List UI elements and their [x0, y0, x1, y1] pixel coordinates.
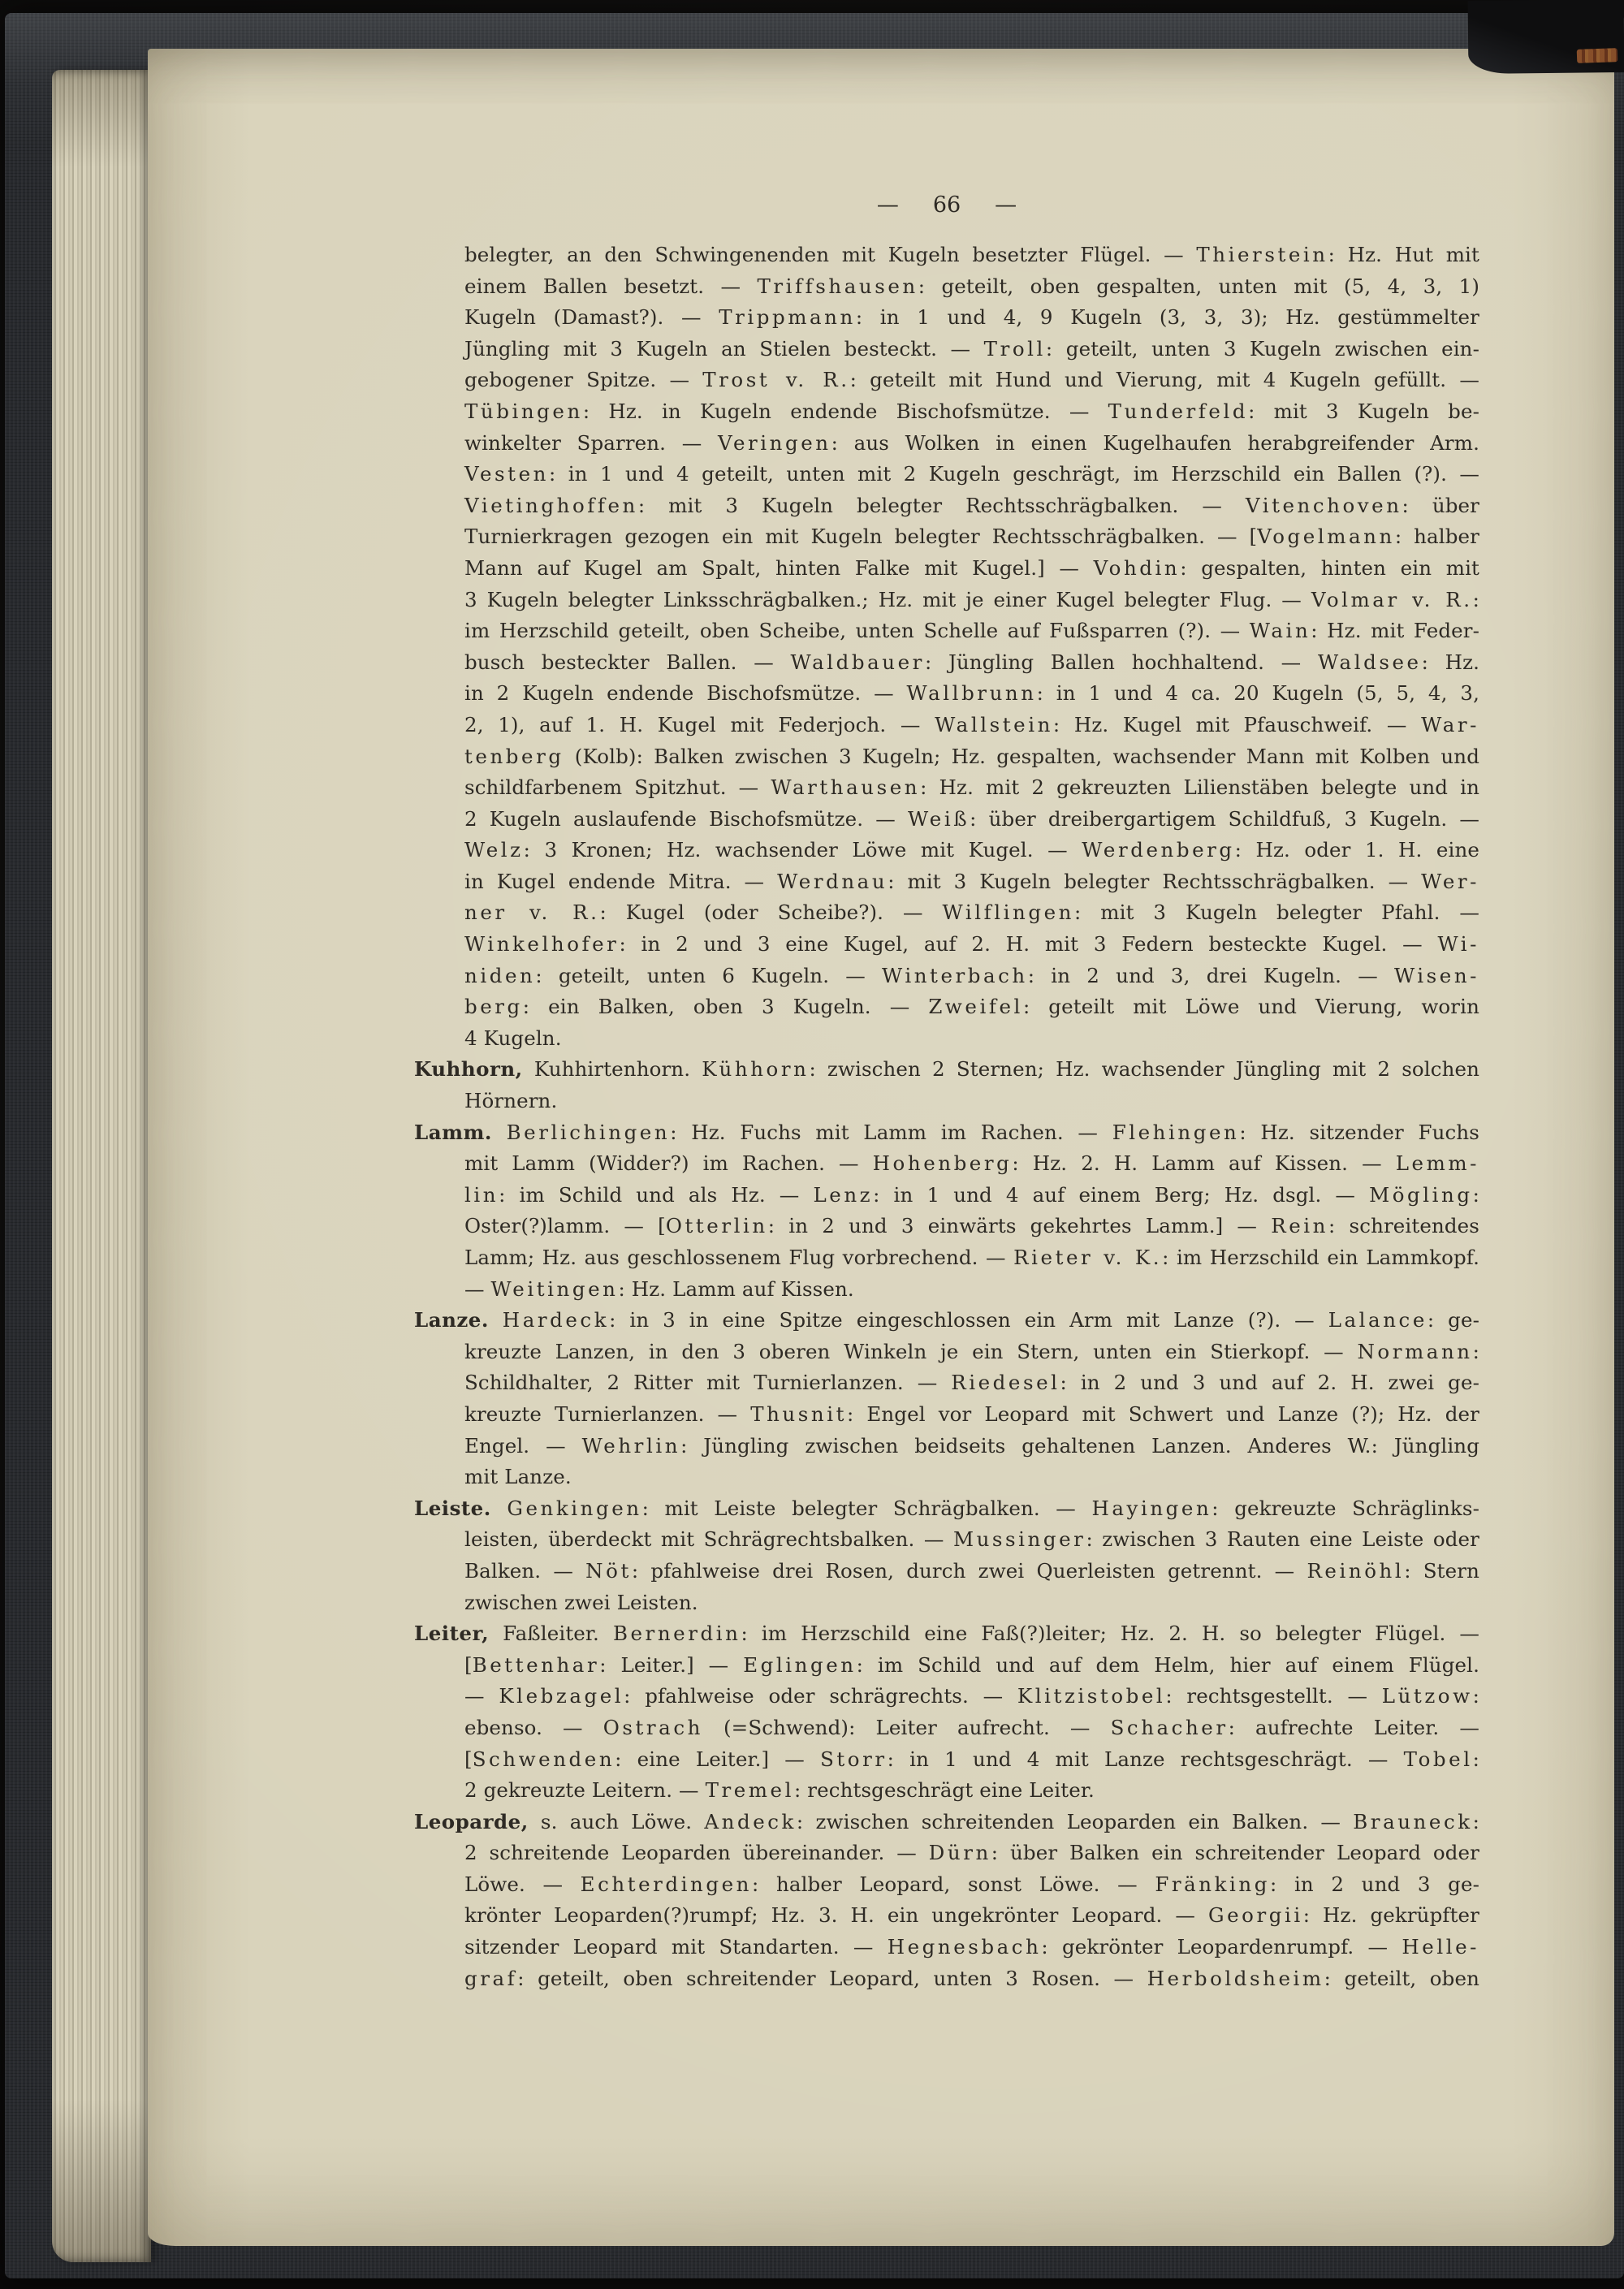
family-name: Winkelhofer [464, 932, 619, 956]
family-name: Tunderfeld [1108, 399, 1248, 423]
text-run: busch besteckter Ballen. — [464, 650, 791, 674]
text-run: : [1473, 1684, 1479, 1708]
text-run: : im Schild und als Hz. — [499, 1183, 813, 1207]
family-name: Wi- [1437, 932, 1479, 956]
text-run: : halber [1395, 525, 1479, 548]
page-header: — 66 — [414, 188, 1479, 221]
text-line: 3 Kugeln belegter Linksschrägbalken.; Hz… [414, 585, 1479, 616]
text-run: : im Herzschild ein Lammkopf. [1162, 1246, 1479, 1269]
text-run: Balken. — [464, 1559, 585, 1583]
entry-start-line: Leiste. Genkingen: mit Leiste belegter S… [414, 1493, 1479, 1525]
family-name: Waldsee [1318, 650, 1422, 674]
family-name: Nöt [585, 1559, 632, 1583]
family-name: Zweifel [928, 995, 1023, 1018]
text-line: Vesten: in 1 und 4 geteilt, unten mit 2 … [414, 459, 1479, 490]
text-line: einem Ballen besetzt. — Triffshausen: ge… [414, 271, 1479, 303]
family-name: Normann [1357, 1340, 1472, 1363]
book-page: — 66 — belegter, an den Schwingenenden m… [148, 49, 1614, 2246]
family-name: Thusnit [750, 1402, 847, 1426]
text-run [489, 1308, 503, 1332]
family-name: tenberg [464, 745, 564, 768]
family-name: Reinöhl [1307, 1559, 1404, 1583]
text-run: — [464, 1277, 491, 1301]
text-run: [ [464, 1747, 473, 1771]
text-run: : in 1 und 4 ca. 20 Kugeln (5, 5, 4, 3, [1037, 681, 1479, 705]
family-name: Wallstein [935, 713, 1053, 736]
text-line: belegter, an den Schwingenenden mit Kuge… [414, 240, 1479, 271]
text-run: Kugeln (Damast?). — [464, 305, 719, 329]
text-line: Vietinghoffen: mit 3 Kugeln belegter Rec… [414, 490, 1479, 522]
text-run: 3 Kugeln belegter Linksschrägbalken.; Hz… [464, 588, 1311, 611]
family-name: Triffshausen [757, 274, 918, 298]
text-line: tenberg (Kolb): Balken zwischen 3 Kugeln… [414, 741, 1479, 773]
text-run: : [1473, 1747, 1479, 1771]
text-run: : geteilt, oben gespalten, unten mit (5,… [918, 274, 1479, 298]
text-run: Hörnern. [464, 1089, 557, 1112]
text-run: : Jüngling zwischen beidseits gehaltenen… [680, 1434, 1479, 1458]
text-run: : [1473, 1810, 1479, 1833]
text-run: mit Lanze. [464, 1465, 572, 1488]
text-run: Jüngling mit 3 Kugeln an Stielen besteck… [464, 337, 984, 361]
text-run: Kuhhirtenhorn. [523, 1057, 702, 1081]
family-name: Dürn [929, 1841, 991, 1864]
text-run: zwischen zwei Leisten. [464, 1591, 698, 1614]
text-run: 2 Kugeln auslaufende Bischofsmütze. — [464, 807, 908, 831]
entry-headword: Leiste. [414, 1496, 491, 1520]
text-line: ebenso. — Ostrach (=Schwend): Leiter auf… [414, 1712, 1479, 1744]
text-run: gebogener Spitze. — [464, 368, 702, 391]
family-name: Vogelmann [1257, 525, 1395, 548]
family-name: Wallbrunn [907, 681, 1037, 705]
text-run: : rechtsgeschrägt eine Leiter. [794, 1778, 1095, 1802]
text-line: 4 Kugeln. [414, 1023, 1479, 1055]
family-name: Werdenberg [1082, 838, 1234, 862]
text-run: (Kolb): Balken zwischen 3 Kugeln; Hz. ge… [564, 745, 1479, 768]
text-line: [Bettenhar: Leiter.] — Eglingen: im Schi… [414, 1650, 1479, 1682]
family-name: Wehrlin [582, 1434, 681, 1458]
text-run: : halber Leopard, sonst Löwe. — [752, 1872, 1155, 1896]
family-name: Welz [464, 838, 524, 862]
text-line: leisten, überdeckt mit Schrägrechtsbalke… [414, 1524, 1479, 1556]
family-name: Wisen- [1394, 964, 1479, 987]
text-line: Kugeln (Damast?). — Trippmann: in 1 und … [414, 302, 1479, 334]
text-run: : mit 3 Kugeln belegter Pfahl. — [1074, 900, 1479, 924]
family-name: Tübingen [464, 399, 583, 423]
family-name: Brauneck [1353, 1810, 1472, 1833]
binding-thread-fleck [1577, 48, 1618, 63]
entry-headword: Leoparde, [414, 1810, 529, 1833]
family-name: Weitingen [491, 1277, 619, 1301]
text-run: : pfahlweise oder schrägrechts. — [624, 1684, 1017, 1708]
text-run: belegter, an den Schwingenenden mit Kuge… [464, 243, 1196, 266]
text-run: Faßleiter. [489, 1622, 613, 1645]
family-name: Rieter v. K. [1013, 1246, 1162, 1269]
family-name: Klitzistobel [1017, 1684, 1165, 1708]
text-run: : [1473, 1340, 1479, 1363]
text-line: Lamm; Hz. aus geschlossenem Flug vorbrec… [414, 1242, 1479, 1274]
text-line: niden: geteilt, unten 6 Kugeln. — Winter… [414, 961, 1479, 992]
text-run: : [1473, 588, 1479, 611]
text-line: krönter Leoparden(?)rumpf; Hz. 3. H. ein… [414, 1900, 1479, 1932]
text-run: : Hz. Fuchs mit Lamm im Rachen. — [670, 1121, 1112, 1144]
text-line: Oster(?)lamm. — [Otterlin: in 2 und 3 ei… [414, 1211, 1479, 1242]
family-name: Riedesel [951, 1371, 1060, 1394]
text-line: 2 Kugeln auslaufende Bischofsmütze. — We… [414, 804, 1479, 836]
text-run: : Hz. mit Feder- [1311, 619, 1479, 642]
text-run: : in 1 und 4 geteilt, unten mit 2 Kugeln… [549, 462, 1479, 486]
entry-start-line: Lamm. Berlichingen: Hz. Fuchs mit Lamm i… [414, 1117, 1479, 1149]
family-name: Eglingen [743, 1653, 856, 1677]
text-line: Turnierkragen gezogen ein mit Kugeln bel… [414, 521, 1479, 553]
text-run: : 3 Kronen; Hz. wachsender Löwe mit Kuge… [524, 838, 1082, 862]
entry-headword: Lanze. [414, 1308, 489, 1332]
text-run: kreuzte Lanzen, in den 3 oberen Winkeln … [464, 1340, 1357, 1363]
text-run: 2 schreitende Leoparden übereinander. — [464, 1841, 929, 1864]
header-left-dash: — [877, 192, 899, 218]
text-run: krönter Leoparden(?)rumpf; Hz. 3. H. ein… [464, 1903, 1208, 1927]
text-line: 2 schreitende Leoparden übereinander. — … [414, 1838, 1479, 1869]
family-name: Volmar v. R. [1311, 588, 1473, 611]
text-run: : geteilt, unten 3 Kugeln zwischen ein- [1046, 337, 1479, 361]
page-number: 66 [933, 192, 961, 218]
text-run: 2, 1), auf 1. H. Kugel mit Federjoch. — [464, 713, 935, 736]
text-line: Mann auf Kugel am Spalt, hinten Falke mi… [414, 553, 1479, 585]
text-run: : eine Leiter.] — [615, 1747, 820, 1771]
family-name: Veringen [718, 431, 831, 455]
text-run: 4 Kugeln. [464, 1026, 562, 1050]
text-run: Schildhalter, 2 Ritter mit Turnierlanzen… [464, 1371, 951, 1394]
text-run: : Hz. Kugel mit Pfauschweif. — [1053, 713, 1421, 736]
text-line: Balken. — Nöt: pfahlweise drei Rosen, du… [414, 1556, 1479, 1587]
text-run: Mann auf Kugel am Spalt, hinten Falke mi… [464, 556, 1094, 580]
text-run: : über dreibergartigem Schildfuß, 3 Kuge… [970, 807, 1479, 831]
text-line: in 2 Kugeln endende Bischofsmütze. — Wal… [414, 678, 1479, 710]
text-run: : Hz. sitzender Fuchs [1239, 1121, 1479, 1144]
family-name: ner v. R. [464, 900, 600, 924]
text-run: — [464, 1684, 499, 1708]
text-line: lin: im Schild und als Hz. — Lenz: in 1 … [414, 1180, 1479, 1211]
text-run: einem Ballen besetzt. — [464, 274, 757, 298]
text-run: : ein Balken, oben 3 Kugeln. — [523, 995, 929, 1018]
family-name: War- [1421, 713, 1479, 736]
family-name: Trippmann [719, 305, 856, 329]
text-block: belegter, an den Schwingenenden mit Kuge… [414, 240, 1479, 1994]
text-line: Jüngling mit 3 Kugeln an Stielen besteck… [414, 334, 1479, 365]
family-name: Thierstein [1196, 243, 1328, 266]
family-name: Andeck [704, 1810, 797, 1833]
text-line: [Schwenden: eine Leiter.] — Storr: in 1 … [414, 1744, 1479, 1776]
text-run: : geteilt mit Löwe und Vierung, worin [1023, 995, 1479, 1018]
text-run: : Kugel (oder Scheibe?). — [600, 900, 943, 924]
entry-headword: Leiter, [414, 1622, 489, 1645]
text-line: winkelter Sparren. — Veringen: aus Wolke… [414, 428, 1479, 460]
text-run: Lamm; Hz. aus geschlossenem Flug vorbrec… [464, 1246, 1013, 1269]
text-run: : in 2 und 3 einwärts gekehrtes Lamm.] — [768, 1214, 1272, 1237]
family-name: Ostrach [603, 1716, 703, 1739]
text-line: graf: geteilt, oben schreitender Leopard… [414, 1963, 1479, 1995]
text-run: : geteilt, oben schreitender Leopard, un… [517, 1967, 1147, 1990]
text-line: Engel. — Wehrlin: Jüngling zwischen beid… [414, 1431, 1479, 1462]
family-name: Vesten [464, 462, 549, 486]
family-name: Hayingen [1091, 1496, 1212, 1520]
text-run: : in 1 und 4, 9 Kugeln (3, 3, 3); Hz. ge… [856, 305, 1479, 329]
family-name: Mögling [1369, 1183, 1473, 1207]
family-name: Otterlin [666, 1214, 768, 1237]
family-name: Vohdin [1094, 556, 1181, 580]
family-name: Hardeck [503, 1308, 609, 1332]
text-line: Hörnern. [414, 1086, 1479, 1117]
text-run: : rechtsgestellt. — [1165, 1684, 1381, 1708]
text-run: : in 2 und 3 ge- [1270, 1872, 1479, 1896]
entry-start-line: Leiter, Faßleiter. Bernerdin: im Herzsch… [414, 1618, 1479, 1650]
text-run: : Hz. 2. H. Lamm auf Kissen. — [1012, 1151, 1395, 1175]
text-run: : aus Wolken in einen Kugelhaufen herabg… [831, 431, 1479, 455]
family-name: Genkingen [507, 1496, 641, 1520]
text-run: [ [464, 1653, 473, 1677]
text-run: 2 gekreuzte Leitern. — [464, 1778, 706, 1802]
text-run: in 2 Kugeln endende Bischofsmütze. — [464, 681, 907, 705]
family-name: Klebzagel [499, 1684, 624, 1708]
entry-start-line: Leoparde, s. auch Löwe. Andeck: zwischen… [414, 1807, 1479, 1838]
text-run: : mit 3 Kugeln belegter Rechtsschrägbalk… [888, 870, 1421, 893]
text-line: kreuzte Lanzen, in den 3 oberen Winkeln … [414, 1337, 1479, 1368]
family-name: graf [464, 1967, 517, 1990]
text-line: Tübingen: Hz. in Kugeln endende Bischofs… [414, 396, 1479, 428]
text-line: busch besteckter Ballen. — Waldbauer: Jü… [414, 647, 1479, 679]
family-name: Helle- [1402, 1935, 1479, 1959]
text-run: leisten, überdeckt mit Schrägrechtsbalke… [464, 1527, 953, 1551]
family-name: Hegnesbach [888, 1935, 1042, 1959]
text-line: ner v. R.: Kugel (oder Scheibe?). — Wilf… [414, 897, 1479, 929]
text-line: Winkelhofer: in 2 und 3 eine Kugel, auf … [414, 929, 1479, 961]
text-run: : über Balken ein schreitender Leopard o… [991, 1841, 1479, 1864]
family-name: Lalance [1328, 1308, 1427, 1332]
entry-start-line: Kuhhorn, Kuhhirtenhorn. Kühhorn: zwische… [414, 1054, 1479, 1086]
family-name: Hohenberg [873, 1151, 1013, 1175]
family-name: Lenz [813, 1183, 873, 1207]
family-name: Trost v. R. [702, 368, 849, 391]
family-name: Vitenchoven [1246, 494, 1402, 517]
text-line: zwischen zwei Leisten. [414, 1587, 1479, 1619]
family-name: Troll [984, 337, 1046, 361]
text-run: : pfahlweise drei Rosen, durch zwei Quer… [632, 1559, 1307, 1583]
text-line: berg: ein Balken, oben 3 Kugeln. — Zweif… [414, 991, 1479, 1023]
text-run: : mit Leiste belegter Schrägbalken. — [642, 1496, 1092, 1520]
text-line: 2 gekreuzte Leitern. — Tremel: rechtsges… [414, 1775, 1479, 1807]
family-name: Fränking [1155, 1872, 1270, 1896]
text-run: : Engel vor Leopard mit Schwert und Lanz… [847, 1402, 1479, 1426]
text-run: : schreitendes [1328, 1214, 1479, 1237]
text-run: : Hz. in Kugeln endende Bischofsmütze. — [583, 399, 1108, 423]
text-run: : [1473, 1183, 1479, 1207]
text-run: : Hz. Lamm auf Kissen. [618, 1277, 853, 1301]
text-line: gebogener Spitze. — Trost v. R.: geteilt… [414, 365, 1479, 396]
family-name: Warthausen [771, 775, 920, 799]
family-name: Tobel [1404, 1747, 1473, 1771]
text-run: : Hz. Hut mit [1328, 243, 1479, 266]
text-run: im Herzschild geteilt, oben Scheibe, unt… [464, 619, 1250, 642]
family-name: Berlichingen [507, 1121, 671, 1144]
text-run: winkelter Sparren. — [464, 431, 718, 455]
text-run: : gespalten, hinten ein mit [1180, 556, 1479, 580]
text-run: : mit 3 Kugeln be- [1248, 399, 1479, 423]
entry-start-line: Lanze. Hardeck: in 3 in eine Spitze eing… [414, 1305, 1479, 1337]
text-run: s. auch Löwe. [529, 1810, 705, 1833]
text-run: : Stern [1404, 1559, 1479, 1583]
family-name: Werdnau [777, 870, 888, 893]
family-name: Herboldsheim [1147, 1967, 1324, 1990]
entry-headword: Kuhhorn, [414, 1057, 523, 1081]
text-line: mit Lanze. [414, 1462, 1479, 1493]
family-name: Wain [1250, 619, 1311, 642]
family-name: Echterdingen [581, 1872, 752, 1896]
text-line: schildfarbenem Spitzhut. — Warthausen: H… [414, 772, 1479, 804]
family-name: Winterbach [882, 964, 1028, 987]
text-run: : Leiter.] — [599, 1653, 743, 1677]
text-run: ebenso. — [464, 1716, 603, 1739]
text-line: sitzender Leopard mit Standarten. — Hegn… [414, 1932, 1479, 1963]
text-line: mit Lamm (Widder?) im Rachen. — Hohenber… [414, 1148, 1479, 1180]
page-edges-stack [52, 70, 151, 2262]
text-run: : Jüngling Ballen hochhaltend. — [925, 650, 1318, 674]
family-name: Wilflingen [943, 900, 1074, 924]
text-run: : geteilt mit Hund und Vierung, mit 4 Ku… [850, 368, 1479, 391]
text-run: Oster(?)lamm. — [ [464, 1214, 666, 1237]
family-name: Storr [820, 1747, 888, 1771]
family-name: Tremel [706, 1778, 794, 1802]
family-name: Flehingen [1112, 1121, 1240, 1144]
family-name: Wer- [1421, 870, 1479, 893]
text-run: sitzender Leopard mit Standarten. — [464, 1935, 888, 1959]
text-line: Schildhalter, 2 Ritter mit Turnierlanzen… [414, 1367, 1479, 1399]
text-run: Engel. — [464, 1434, 582, 1458]
binding-corner-shadow [1468, 0, 1624, 74]
entry-headword: Lamm. [414, 1121, 492, 1144]
text-line: — Klebzagel: pfahlweise oder schrägrecht… [414, 1681, 1479, 1712]
family-name: berg [464, 995, 523, 1018]
text-run: : gekreuzte Schräglinks- [1212, 1496, 1479, 1520]
header-right-dash: — [995, 192, 1017, 218]
family-name: Vietinghoffen [464, 494, 638, 517]
text-line: Welz: 3 Kronen; Hz. wachsender Löwe mit … [414, 835, 1479, 866]
text-run: : ge- [1427, 1308, 1479, 1332]
family-name: Weiß [908, 807, 970, 831]
family-name: Schwenden [473, 1747, 615, 1771]
text-run: : in 2 und 3 eine Kugel, auf 2. H. mit 3… [619, 932, 1437, 956]
text-line: Löwe. — Echterdingen: halber Leopard, so… [414, 1869, 1479, 1901]
text-run: : im Herzschild eine Faß(?)leiter; Hz. 2… [741, 1622, 1479, 1645]
text-run [491, 1496, 508, 1520]
text-run: : in 1 und 4 mit Lanze rechtsgeschrägt. … [888, 1747, 1404, 1771]
text-line: 2, 1), auf 1. H. Kugel mit Federjoch. — … [414, 710, 1479, 741]
family-name: niden [464, 964, 535, 987]
family-name: Rein [1271, 1214, 1328, 1237]
text-run: (=Schwend): Leiter aufrecht. — [703, 1716, 1111, 1739]
family-name: Lützow [1382, 1684, 1473, 1708]
family-name: Bettenhar [473, 1653, 600, 1677]
text-run: : gekrönter Leopardenrumpf. — [1041, 1935, 1402, 1959]
text-run: : zwischen schreitenden Leoparden ein Ba… [797, 1810, 1353, 1833]
family-name: Lemm- [1396, 1151, 1479, 1175]
text-line: in Kugel endende Mitra. — Werdnau: mit 3… [414, 866, 1479, 898]
family-name: Waldbauer [791, 650, 925, 674]
text-run: : mit 3 Kugeln belegter Rechtsschrägbalk… [638, 494, 1246, 517]
text-run: : aufrechte Leiter. — [1229, 1716, 1479, 1739]
text-run: : Hz. mit 2 gekreuzten Lilienstäben bele… [920, 775, 1479, 799]
family-name: Schacher [1111, 1716, 1229, 1739]
text-run: in Kugel endende Mitra. — [464, 870, 777, 893]
text-run: : über [1402, 494, 1479, 517]
text-run: : in 1 und 4 auf einem Berg; Hz. dsgl. — [873, 1183, 1369, 1207]
text-run: : in 3 in eine Spitze eingeschlossen ein… [609, 1308, 1328, 1332]
text-run: : geteilt, oben [1324, 1967, 1479, 1990]
family-name: Bernerdin [613, 1622, 741, 1645]
family-name: Mussinger [953, 1527, 1086, 1551]
text-run: schildfarbenem Spitzhut. — [464, 775, 771, 799]
text-run: : Hz. oder 1. H. eine [1235, 838, 1479, 862]
text-run: mit Lamm (Widder?) im Rachen. — [464, 1151, 873, 1175]
text-line: im Herzschild geteilt, oben Scheibe, unt… [414, 615, 1479, 647]
text-run: : Hz. [1422, 650, 1479, 674]
text-run: : zwischen 3 Rauten eine Leiste oder [1086, 1527, 1479, 1551]
text-line: kreuzte Turnierlanzen. — Thusnit: Engel … [414, 1399, 1479, 1431]
text-run: : in 2 und 3 und auf 2. H. zwei ge- [1060, 1371, 1479, 1394]
text-run [492, 1121, 507, 1144]
family-name: lin [464, 1183, 499, 1207]
text-run: : geteilt, unten 6 Kugeln. — [535, 964, 882, 987]
text-run: Turnierkragen gezogen ein mit Kugeln bel… [464, 525, 1257, 548]
text-run: : Hz. gekrüpfter [1303, 1903, 1479, 1927]
text-run: : im Schild und auf dem Helm, hier auf e… [857, 1653, 1479, 1677]
text-line: — Weitingen: Hz. Lamm auf Kissen. [414, 1274, 1479, 1306]
text-run: : in 2 und 3, drei Kugeln. — [1028, 964, 1394, 987]
text-run: kreuzte Turnierlanzen. — [464, 1402, 750, 1426]
family-name: Kühhorn [702, 1057, 809, 1081]
text-run: : zwischen 2 Sternen; Hz. wachsender Jün… [809, 1057, 1479, 1081]
text-run: Löwe. — [464, 1872, 581, 1896]
family-name: Georgii [1208, 1903, 1303, 1927]
